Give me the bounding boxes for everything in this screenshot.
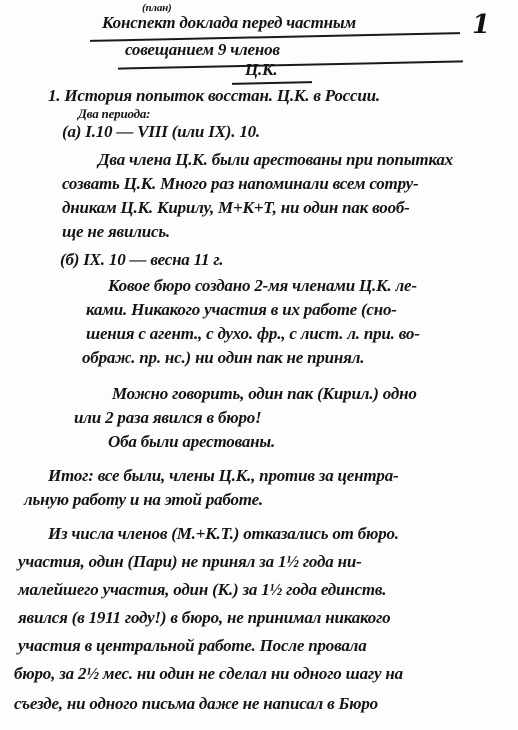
remark-3: Оба были арестованы. — [108, 432, 275, 452]
summary-line-2: льную работу и на этой работе. — [24, 490, 263, 510]
remark-2: или 2 раза явился в бюро! — [74, 408, 261, 428]
title-line-2: совещанием 9 членов — [125, 40, 280, 60]
period-b-text-3: шения с агент., с духо. фр., с лист. л. … — [86, 324, 420, 344]
period-a-label: (а) I.10 — VIII (или IX). 10. — [62, 122, 260, 142]
period-a-text-4: ще не явились. — [62, 222, 170, 242]
title-underline-3 — [232, 81, 312, 85]
period-a-text-2: созвать Ц.К. Много раз напоминали всем с… — [62, 174, 418, 194]
period-b-label: (б) IX. 10 — весна 11 г. — [60, 250, 223, 270]
remark-1: Можно говорить, один пак (Кирил.) одно — [112, 384, 417, 404]
summary-line-3: Из числа членов (М.+К.Т.) отказались от … — [48, 524, 399, 544]
section-heading: 1. История попыток восстан. Ц.К. в Росси… — [48, 86, 380, 106]
summary-line-7: участия в центральной работе. После пров… — [18, 636, 367, 656]
summary-line-6: явился (в 1911 году!) в бюро, не принима… — [18, 608, 390, 628]
title-line-1: Конспект доклада перед частным — [102, 13, 356, 33]
period-a-text-3: дникам Ц.К. Кирилу, М+К+Т, ни один пак в… — [62, 198, 410, 218]
manuscript-page: 1 (план) Конспект доклада перед частным … — [0, 0, 518, 730]
period-a-text-1: Два члена Ц.К. были арестованы при попыт… — [98, 150, 453, 170]
summary-line-9: съезде, ни одного письма даже не написал… — [14, 694, 378, 714]
period-b-text-1: Ковое бюро создано 2-мя членами Ц.К. ле- — [108, 276, 417, 296]
summary-line-1: Итог: все были, члены Ц.К., против за це… — [48, 466, 398, 486]
page-number: 1 — [472, 10, 490, 40]
summary-line-8: бюро, за 2½ мес. ни один не сделал ни од… — [14, 664, 403, 684]
period-b-text-4: ображ. пр. нс.) ни один пак не принял. — [82, 348, 364, 368]
title-underline-2 — [118, 60, 463, 69]
title-line-3: Ц.К. — [245, 60, 277, 80]
periods-label: Два периода: — [78, 106, 150, 122]
period-b-text-2: ками. Никакого участия в их работе (сно- — [86, 300, 397, 320]
summary-line-4: участия, один (Пари) не принял за 1½ год… — [18, 552, 362, 572]
summary-line-5: малейшего участия, один (К.) за 1½ года … — [18, 580, 386, 600]
